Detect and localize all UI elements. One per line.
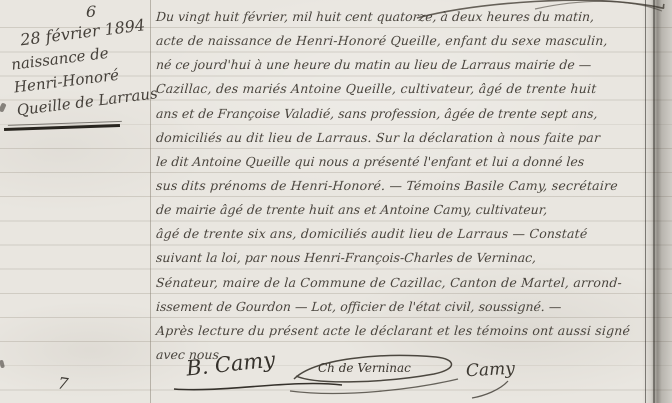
body-line: âgé de trente six ans, domiciliés audit … bbox=[155, 222, 649, 246]
next-act-number: 7 bbox=[57, 373, 70, 393]
body-line: sus dits prénoms de Henri-Honoré. — Témo… bbox=[155, 174, 649, 198]
body-line: le dit Antoine Queille qui nous a présen… bbox=[155, 150, 649, 174]
page-binding-line bbox=[645, 0, 646, 403]
page-edge-mark bbox=[0, 360, 5, 369]
body-line: suivant la loi, par nous Henri-François-… bbox=[155, 246, 649, 270]
act-body-text: Du vingt huit février, mil huit cent qua… bbox=[156, 5, 648, 367]
body-line: Du vingt huit février, mil huit cent qua… bbox=[155, 5, 649, 29]
body-line: issement de Gourdon — Lot, officier de l… bbox=[155, 295, 649, 319]
body-line: Après lecture du présent acte le déclara… bbox=[155, 319, 649, 343]
margin-annotation: 28 février 1894 naissance de Henri-Honor… bbox=[7, 12, 163, 122]
body-line: domiciliés au dit lieu de Larraus. Sur l… bbox=[155, 126, 649, 150]
body-line: Sénateur, maire de la Commune de Cazilla… bbox=[155, 271, 649, 295]
signature-de-verninac: Ch de Verninac bbox=[284, 349, 464, 401]
body-line: Cazillac, des mariés Antoine Queille, cu… bbox=[155, 77, 649, 101]
body-line: de mairie âgé de trente huit ans et Anto… bbox=[155, 198, 649, 222]
margin-underline-stroke bbox=[4, 124, 120, 131]
register-page: 6 28 février 1894 naissance de Henri-Hon… bbox=[0, 0, 672, 403]
signature-camy: Camy bbox=[466, 359, 516, 382]
page-binding-edge bbox=[642, 0, 672, 403]
page-edge-mark bbox=[0, 102, 7, 112]
body-line: acte de naissance de Henri-Honoré Queill… bbox=[155, 29, 649, 53]
body-line: ans et de Françoise Valadié, sans profes… bbox=[155, 102, 649, 126]
signature-de-verninac-text: Ch de Verninac bbox=[318, 361, 411, 375]
body-line: né ce jourd'hui à une heure du matin au … bbox=[155, 53, 649, 77]
page-binding-line bbox=[653, 0, 655, 403]
signature-tail-flourish-icon bbox=[470, 380, 530, 403]
